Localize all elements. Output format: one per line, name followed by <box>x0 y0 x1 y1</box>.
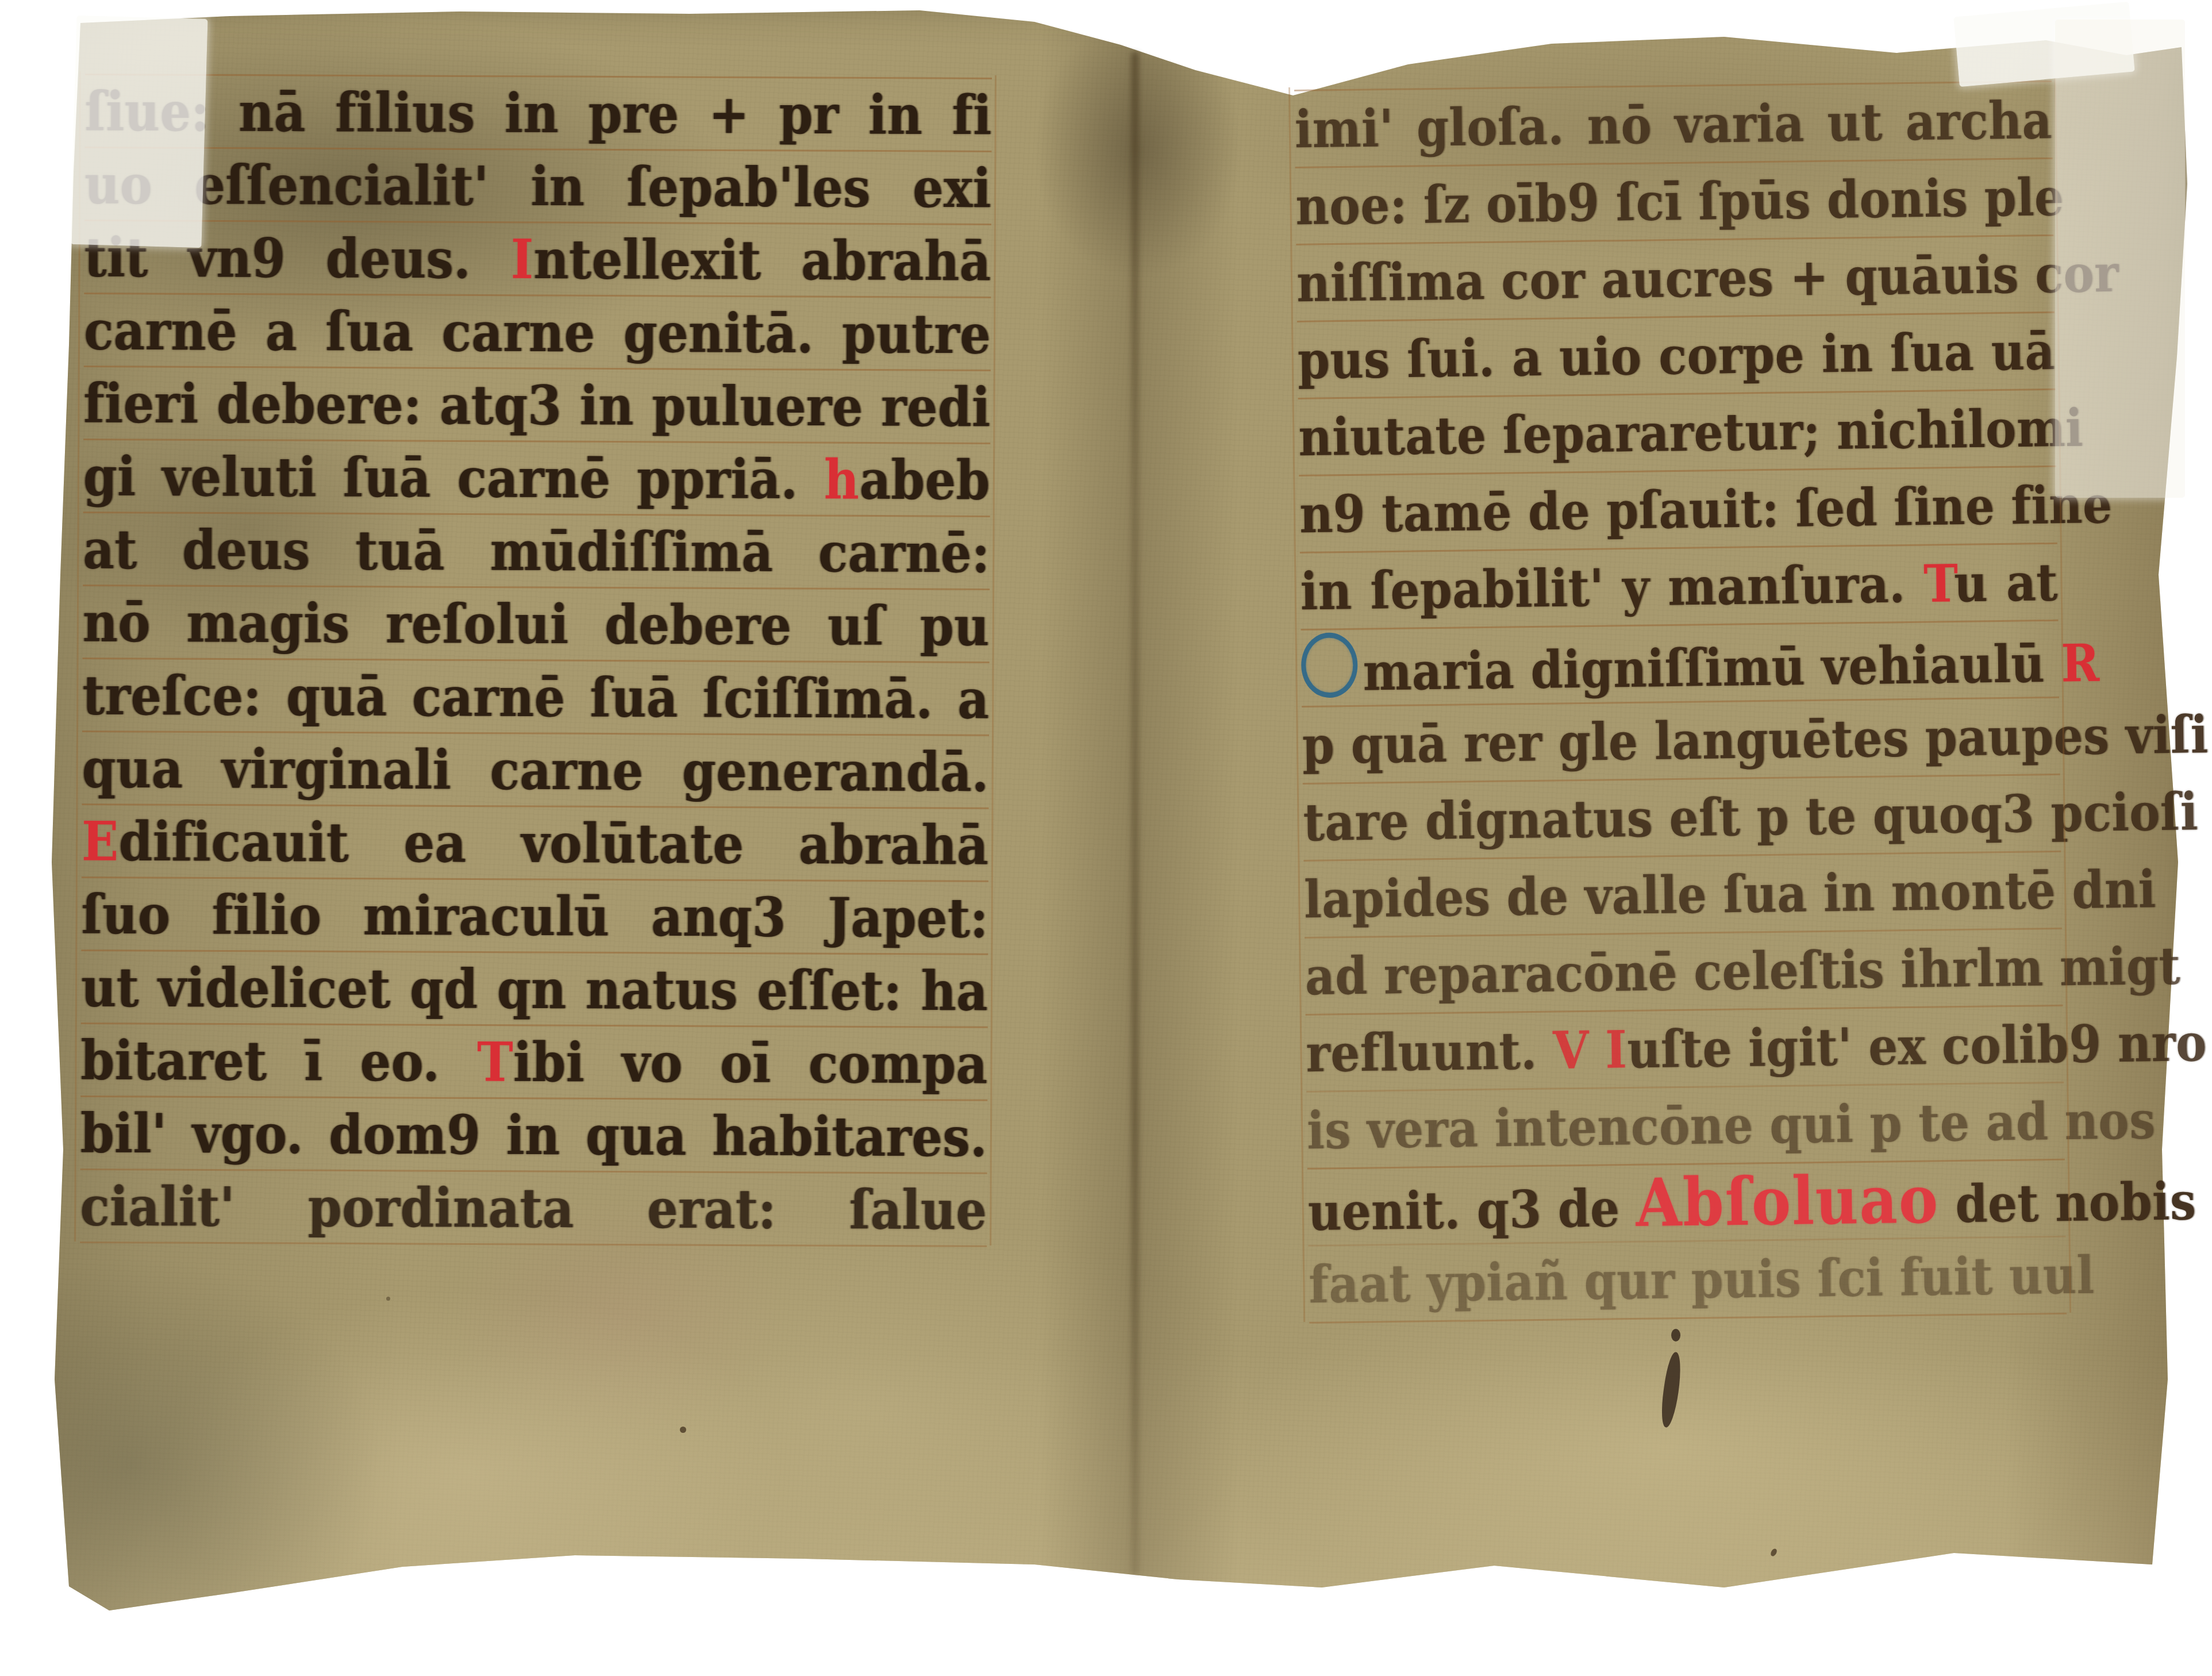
manuscript-scan: ſiue: nā filius in pre + pr in fiuo eſſe… <box>0 0 2212 1676</box>
ink-speck <box>386 1297 390 1301</box>
manuscript-line: is vera intencōne qui p te ad nos <box>1306 1082 2065 1168</box>
blue-initial-o <box>1301 632 1358 698</box>
manuscript-line: niutate ſepararetur; nichilomi <box>1298 389 2057 475</box>
manuscript-line: p quā rer gle languētes paupes viſi <box>1302 697 2060 783</box>
manuscript-line: at deus tuā mūdiſſimā carnē: <box>83 512 990 589</box>
manuscript-line: lapides de valle ſua in montē dni <box>1303 851 2062 937</box>
manuscript-line: niſſima cor aucres + quāuis cor <box>1296 235 2055 321</box>
ink-blot-dot <box>1671 1329 1680 1341</box>
manuscript-line: imi' gloſa. nō varia ut archa <box>1294 80 2053 167</box>
manuscript-line: qua virginali carne generandā. <box>82 731 989 808</box>
manuscript-line: bitaret ī eo. Tibi vo oī compa <box>80 1022 988 1100</box>
manuscript-line: in ſepabilit' y manſura. Tu at <box>1300 543 2059 629</box>
manuscript-line: carnē a ſua carne genitā. putre <box>84 293 991 370</box>
right-page-text: imi' gloſa. nō varia ut archanoe: ſz oīb… <box>1294 80 2067 1324</box>
manuscript-line: ſiue: nā filius in pre + pr in fi <box>84 74 992 151</box>
manuscript-line: ut videlicet qd qn natus eſſet: ha <box>81 950 988 1027</box>
left-page: ſiue: nā filius in pre + pr in fiuo eſſe… <box>80 74 992 1247</box>
tape-top-right-vertical <box>2055 20 2185 498</box>
left-page-text: ſiue: nā filius in pre + pr in fiuo eſſe… <box>80 74 992 1247</box>
manuscript-line: cialit' pordinata erat: ſalue <box>80 1168 987 1246</box>
manuscript-line: fieri debere: atq3 in puluere redi <box>83 366 991 443</box>
manuscript-line: treſce: quā carnē ſuā ſciſſimā. a <box>82 658 990 735</box>
manuscript-line: nō magis reſolui debere uſ pu <box>83 585 990 662</box>
manuscript-line: faat ypiañ qur puis ſci fuit uul <box>1309 1236 2067 1322</box>
manuscript-line: tit vn9 deus. Intellexit abrahā <box>84 220 991 297</box>
manuscript-line: gi veluti ſuā carnē ppriā. habeb <box>83 439 991 516</box>
manuscript-line: uo eſſencialit' in ſepab'les exi <box>84 147 992 224</box>
manuscript-line: uenit. q3 de Abſoluao det nobis <box>1307 1159 2066 1245</box>
manuscript-line: maria digniſſimū vehiaulū R <box>1301 620 2059 706</box>
manuscript-line: n9 tamē de pſauit: ſed ſine fine <box>1299 466 2057 552</box>
tape-top-left <box>70 16 207 248</box>
manuscript-line: tare dignatus eſt p te quoq3 pcioſi <box>1303 774 2061 860</box>
manuscript-line: bil' vgo. dom9 in qua habitares. <box>80 1095 988 1173</box>
manuscript-line: noe: ſz oīb9 ſcī ſpūs donis ple <box>1295 157 2054 244</box>
ink-speck <box>680 1427 686 1433</box>
right-page: imi' gloſa. nō varia ut archanoe: ſz oīb… <box>1294 80 2067 1324</box>
manuscript-line: Edificauit ea volūtate abrahā <box>82 804 989 881</box>
manuscript-line: pus ſui. a uio corpe in ſua uā <box>1297 312 2056 398</box>
manuscript-line: ſuo filio miraculū anq3 Japet: <box>81 877 988 954</box>
center-fold-crease <box>1131 52 1139 1575</box>
manuscript-line: refluunt. V Iuſte igit' ex colib9 nro <box>1306 1005 2064 1091</box>
manuscript-line: ad reparacōnē celeſtis ihrlm migt <box>1305 928 2063 1014</box>
